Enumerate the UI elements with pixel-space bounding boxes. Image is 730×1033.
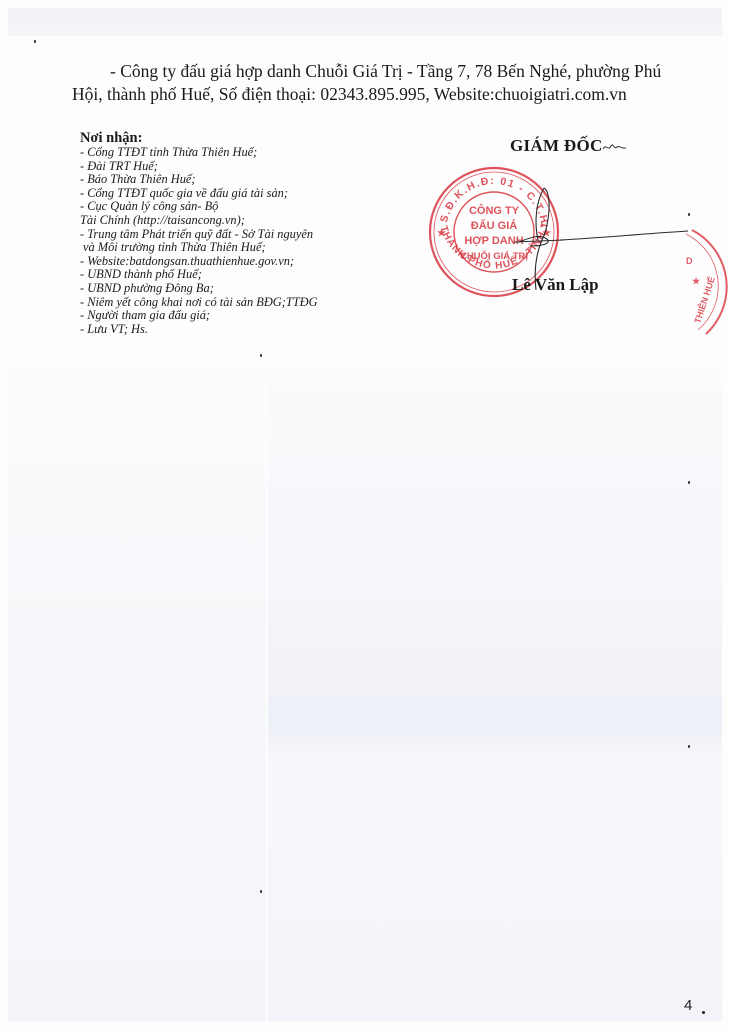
recipient-item: - Website:batdongsan.thuathienhue.gov.vn… (80, 255, 370, 269)
stamp-center-line-2: ĐẤU GIÁ (471, 219, 518, 232)
auction-company-info: - Công ty đấu giá hợp danh Chuỗi Giá Trị… (72, 60, 672, 106)
recipient-item: - Cục Quản lý công sản- Bộ (80, 200, 370, 214)
recipient-item: - Người tham gia đấu giá; (80, 309, 370, 323)
recipient-item: và Môi trường tỉnh Thừa Thiên Huế; (80, 241, 370, 255)
recipient-item: - Cổng TTĐT tỉnh Thừa Thiên Huế; (80, 146, 370, 160)
scan-speck (688, 213, 690, 216)
svg-text:★: ★ (692, 276, 701, 286)
scan-artifact-band (8, 8, 722, 36)
recipient-item: Tài Chính (http://taisancong.vn); (80, 214, 370, 228)
recipient-item: - Lưu VT; Hs. (80, 323, 370, 337)
signer-name: Lê Văn Lập (512, 275, 599, 295)
scan-speck (260, 890, 262, 893)
page-number: 4 (684, 997, 692, 1014)
stamp-center-line-4: CHUỖI GIÁ TRỊ (460, 250, 528, 262)
scan-artifact-panel-right (268, 370, 722, 1021)
initial-scribble-icon (602, 140, 628, 154)
initial-mark (602, 140, 628, 158)
recipient-item: - Cổng TTĐT quốc gia về đấu giá tài sản; (80, 187, 370, 201)
recipient-item: - Trung tâm Phát triển quỹ đất - Sở Tài … (80, 228, 370, 242)
scan-speck (34, 40, 36, 43)
recipient-item: - UBND thành phố Huế; (80, 268, 370, 282)
recipient-item: - Báo Thừa Thiên Huế; (80, 173, 370, 187)
page-dot (702, 1011, 705, 1014)
stamp-center-line-3: HỢP DANH (464, 235, 523, 247)
svg-text:D: D (686, 256, 693, 266)
recipient-item: - Niêm yết công khai nơi có tài sản BĐG;… (80, 296, 370, 310)
recipients-list: - Cổng TTĐT tỉnh Thừa Thiên Huế; - Đài T… (80, 146, 370, 336)
svg-text:★: ★ (437, 228, 446, 239)
stamp-center-line-1: CÔNG TY (469, 204, 520, 217)
signer-title: GIÁM ĐỐC (510, 136, 603, 156)
partial-seal-stamp: D ★ THIÊN HUẾ (640, 222, 730, 342)
company-info-line-1: - Công ty đấu giá hợp danh Chuỗi Giá Trị… (72, 60, 672, 83)
company-info-line-2: Hội, thành phố Huế, Số điện thoại: 02343… (72, 83, 672, 106)
scan-speck (688, 481, 690, 484)
scan-artifact-panel-left (8, 370, 266, 1021)
recipient-item: - Đài TRT Huế; (80, 160, 370, 174)
scan-speck (260, 354, 262, 357)
recipients-block: Nơi nhận: - Cổng TTĐT tỉnh Thừa Thiên Hu… (80, 130, 370, 336)
scan-speck (688, 745, 690, 748)
recipients-heading: Nơi nhận: (80, 130, 370, 146)
recipient-item: - UBND phường Đông Ba; (80, 282, 370, 296)
